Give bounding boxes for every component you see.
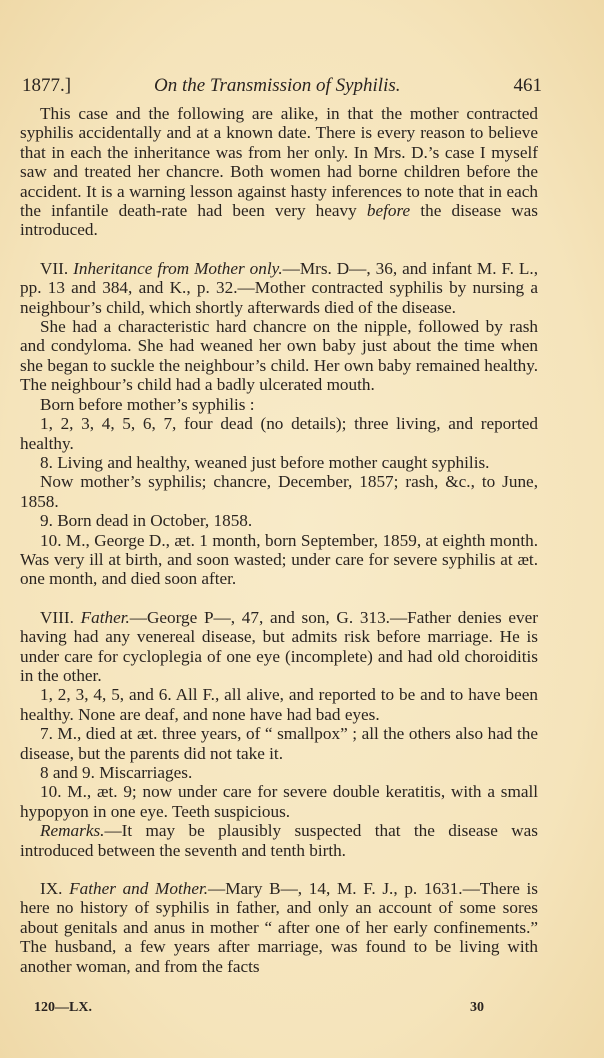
- section-gap: [20, 860, 538, 879]
- case-8-remarks: Remarks.—It may be plausibly suspected t…: [20, 821, 538, 860]
- section-gap: [20, 240, 538, 259]
- case-7-paragraph: 1, 2, 3, 4, 5, 6, 7, four dead (no detai…: [20, 414, 538, 453]
- remarks-label: Remarks.: [40, 821, 104, 840]
- case-7-paragraph: 8. Living and healthy, weaned just befor…: [20, 453, 538, 472]
- intro-emphasis: before: [367, 201, 410, 220]
- case-8-heading-paragraph: VIII. Father.—George P—, 47, and son, G.…: [20, 608, 538, 686]
- case-8-numeral: VIII.: [40, 608, 81, 627]
- signature-volume: LX.: [69, 1000, 92, 1015]
- case-9-heading-paragraph: IX. Father and Mother.—Mary B—, 14, M. F…: [20, 879, 538, 976]
- case-7-heading-paragraph: VII. Inheritance from Mother only.—Mrs. …: [20, 259, 538, 317]
- case-7-paragraph: 9. Born dead in October, 1858.: [20, 511, 538, 530]
- case-7-numeral: VII.: [40, 259, 73, 278]
- case-9-numeral: IX.: [40, 879, 69, 898]
- case-8-heading: Father.: [81, 608, 130, 627]
- intro-paragraph: This case and the following are alike, i…: [20, 104, 538, 240]
- page-footer: 120—LX. 30: [34, 1000, 484, 1024]
- case-7-paragraph: 10. M., George D., æt. 1 month, born Sep…: [20, 531, 538, 589]
- signature-number: 120—: [34, 1000, 69, 1015]
- page-number: 461: [514, 74, 543, 98]
- header-title: On the Transmission of Syphilis.: [154, 74, 401, 98]
- case-8-paragraph: 10. M., æt. 9; now under care for severe…: [20, 782, 538, 821]
- sheet-number: 30: [470, 1000, 484, 1016]
- book-page: 1877.] On the Transmission of Syphilis. …: [0, 0, 604, 1058]
- case-9-heading: Father and Mother.: [69, 879, 208, 898]
- case-7-paragraph: Born before mother’s syphilis :: [20, 395, 538, 414]
- case-8-paragraph: 7. M., died at æt. three years, of “ sma…: [20, 724, 538, 763]
- running-header: 1877.] On the Transmission of Syphilis. …: [22, 74, 542, 98]
- section-gap: [20, 589, 538, 608]
- case-7-paragraph: Now mother’s syphilis; chancre, December…: [20, 472, 538, 511]
- header-year: 1877.]: [22, 74, 71, 98]
- case-8-paragraph: 8 and 9. Miscarriages.: [20, 763, 538, 782]
- signature-mark: 120—LX.: [34, 1000, 92, 1016]
- case-7-paragraph: She had a characteristic hard chancre on…: [20, 317, 538, 395]
- case-8-paragraph: 1, 2, 3, 4, 5, and 6. All F., all alive,…: [20, 685, 538, 724]
- case-7-heading: Inheritance from Mother only.: [73, 259, 283, 278]
- page-body: This case and the following are alike, i…: [20, 104, 538, 976]
